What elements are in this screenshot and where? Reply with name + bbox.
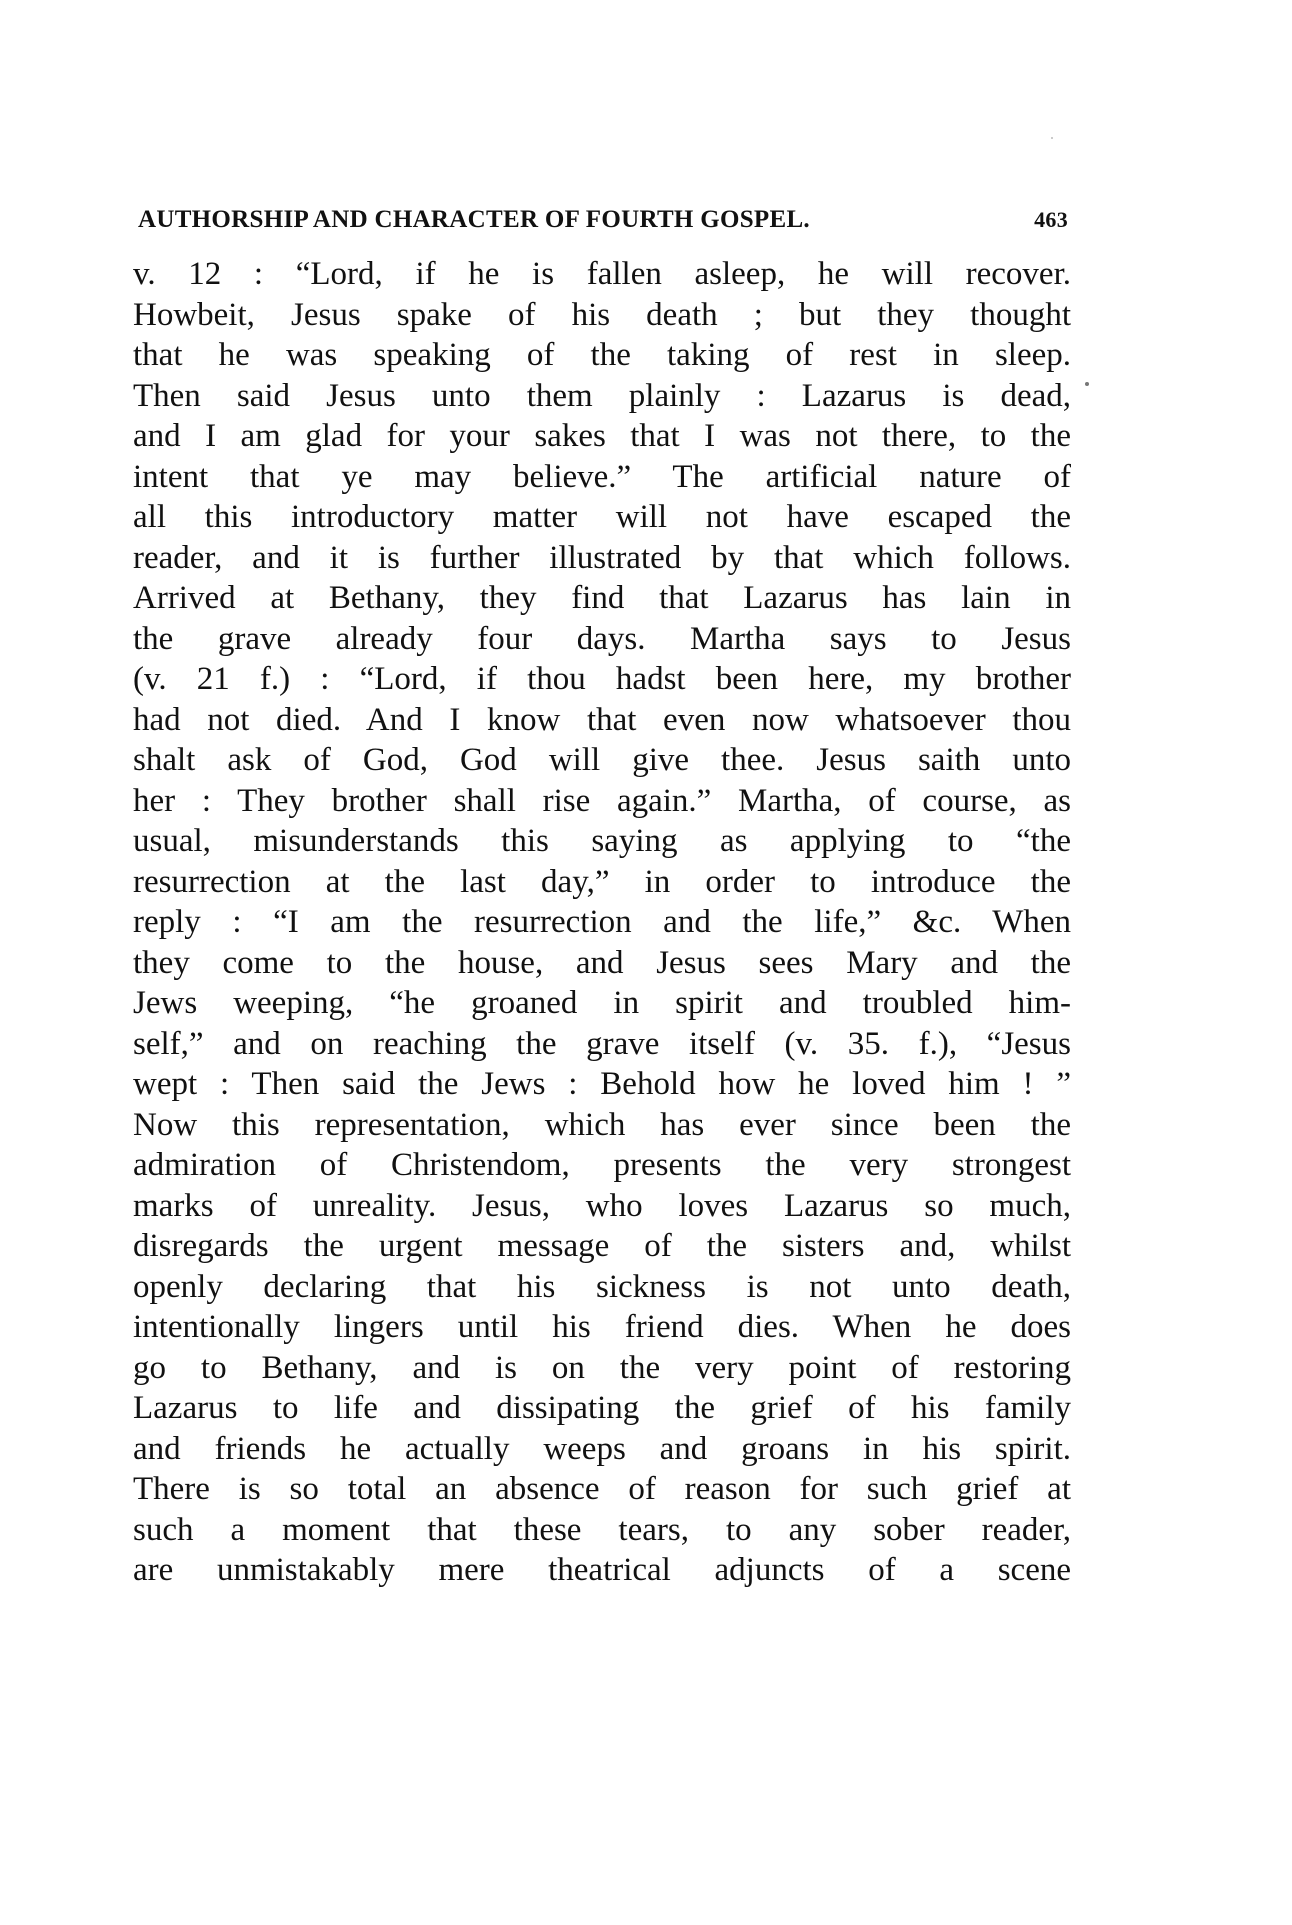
body-text: v. 12 : “Lord, if he is fallen asleep, h…	[133, 254, 1071, 1591]
scan-speck	[1051, 137, 1053, 139]
text-line: disregards the urgent message of the sis…	[133, 1226, 1071, 1267]
text-line: the grave already four days. Martha says…	[133, 619, 1071, 660]
text-line: all this introductory matter will not ha…	[133, 497, 1071, 538]
text-line: usual, misunderstands this saying as app…	[133, 821, 1071, 862]
text-line: self,” and on reaching the grave itself …	[133, 1024, 1071, 1065]
book-page: AUTHORSHIP AND CHARACTER OF FOURTH GOSPE…	[0, 0, 1292, 1925]
text-line: wept : Then said the Jews : Behold how h…	[133, 1064, 1071, 1105]
text-line: Then said Jesus unto them plainly : Laza…	[133, 376, 1071, 417]
running-head: AUTHORSHIP AND CHARACTER OF FOURTH GOSPE…	[138, 200, 1068, 240]
scan-speck	[1085, 382, 1089, 386]
text-line: reply : “I am the resurrection and the l…	[133, 902, 1071, 943]
text-line: (v. 21 f.) : “Lord, if thou hadst been h…	[133, 659, 1071, 700]
text-line: resurrection at the last day,” in order …	[133, 862, 1071, 903]
text-line: go to Bethany, and is on the very point …	[133, 1348, 1071, 1389]
text-line: had not died. And I know that even now w…	[133, 700, 1071, 741]
text-line: v. 12 : “Lord, if he is fallen asleep, h…	[133, 254, 1071, 295]
text-line: reader, and it is further illustrated by…	[133, 538, 1071, 579]
running-head-title: AUTHORSHIP AND CHARACTER OF FOURTH GOSPE…	[138, 206, 810, 234]
text-line: openly declaring that his sickness is no…	[133, 1267, 1071, 1308]
text-line: admiration of Christendom, presents the …	[133, 1145, 1071, 1186]
text-line: Howbeit, Jesus spake of his death ; but …	[133, 295, 1071, 336]
text-line: marks of unreality. Jesus, who loves Laz…	[133, 1186, 1071, 1227]
text-line: her : They brother shall rise again.” Ma…	[133, 781, 1071, 822]
text-line: There is so total an absence of reason f…	[133, 1469, 1071, 1510]
text-line: and I am glad for your sakes that I was …	[133, 416, 1071, 457]
text-line: such a moment that these tears, to any s…	[133, 1510, 1071, 1551]
text-line: Arrived at Bethany, they find that Lazar…	[133, 578, 1071, 619]
page-number: 463	[1034, 207, 1068, 233]
text-line: intentionally lingers until his friend d…	[133, 1307, 1071, 1348]
text-line: Lazarus to life and dissipating the grie…	[133, 1388, 1071, 1429]
text-line: intent that ye may believe.” The artific…	[133, 457, 1071, 498]
text-line: Now this representation, which has ever …	[133, 1105, 1071, 1146]
text-line: shalt ask of God, God will give thee. Je…	[133, 740, 1071, 781]
text-line: and friends he actually weeps and groans…	[133, 1429, 1071, 1470]
text-line: are unmistakably mere theatrical adjunct…	[133, 1550, 1071, 1591]
text-line: Jews weeping, “he groaned in spirit and …	[133, 983, 1071, 1024]
text-line: they come to the house, and Jesus sees M…	[133, 943, 1071, 984]
text-line: that he was speaking of the taking of re…	[133, 335, 1071, 376]
